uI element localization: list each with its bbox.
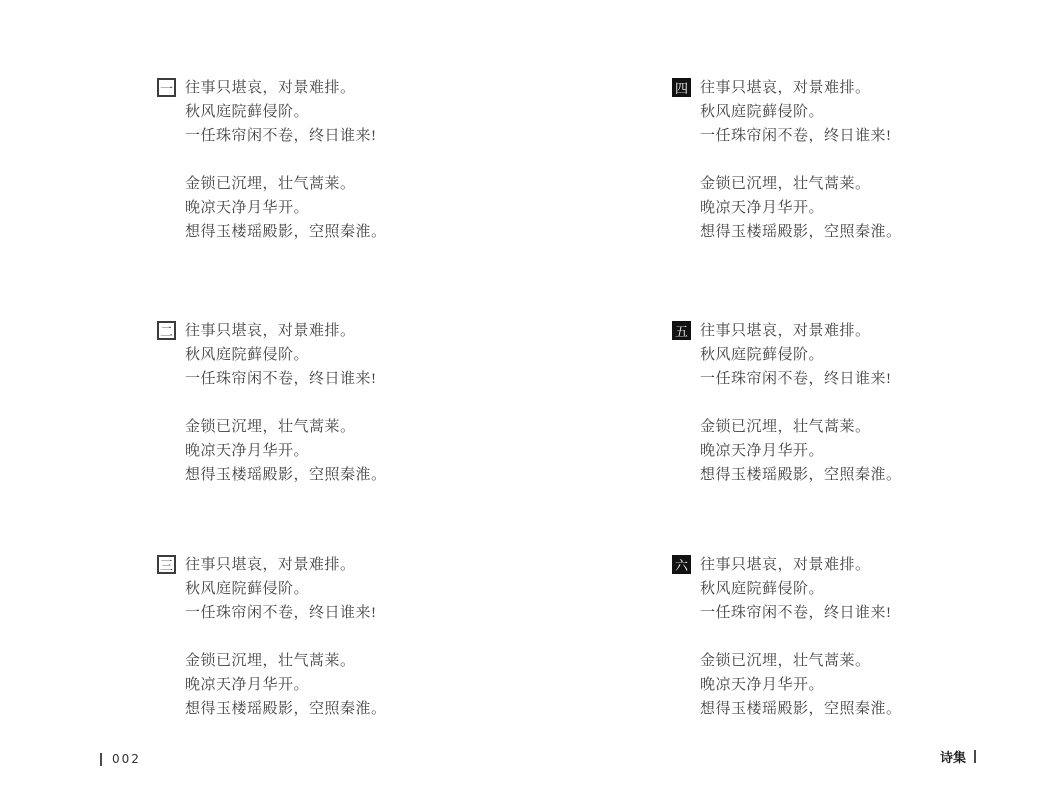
poem-line: 秋风庭院藓侵阶。 xyxy=(185,343,387,367)
book-page: 一 往事只堪哀，对景难排。 秋风庭院藓侵阶。 一任珠帘闲不卷，终日谁来! 金锁已… xyxy=(0,0,1058,793)
poem-block-2: 二 往事只堪哀，对景难排。 秋风庭院藓侵阶。 一任珠帘闲不卷，终日谁来! 金锁已… xyxy=(157,319,387,487)
poem-line: 金锁已沉埋，壮气蒿莱。 xyxy=(185,415,387,439)
poem-line: 一任珠帘闲不卷，终日谁来! xyxy=(185,601,387,625)
poem-line: 金锁已沉埋，壮气蒿莱。 xyxy=(185,649,387,673)
poem-line: 往事只堪哀，对景难排。 xyxy=(185,319,387,343)
stanza-gap xyxy=(700,391,902,415)
stanza-gap xyxy=(185,148,387,172)
poem-block-1: 一 往事只堪哀，对景难排。 秋风庭院藓侵阶。 一任珠帘闲不卷，终日谁来! 金锁已… xyxy=(157,76,387,244)
stanza-gap xyxy=(185,625,387,649)
stanza-gap xyxy=(185,391,387,415)
poem-line: 金锁已沉埋，壮气蒿莱。 xyxy=(185,172,387,196)
poem-line: 秋风庭院藓侵阶。 xyxy=(185,100,387,124)
poem-line: 往事只堪哀，对景难排。 xyxy=(700,319,902,343)
poem-line: 晚凉天净月华开。 xyxy=(185,196,387,220)
poem-line: 晚凉天净月华开。 xyxy=(700,439,902,463)
stanza-number-badge: 五 xyxy=(672,321,691,340)
poem-line: 秋风庭院藓侵阶。 xyxy=(700,100,902,124)
stanza-number-badge: 六 xyxy=(672,555,691,574)
poem-text: 往事只堪哀，对景难排。 秋风庭院藓侵阶。 一任珠帘闲不卷，终日谁来! 金锁已沉埋… xyxy=(185,76,387,244)
poem-line: 往事只堪哀，对景难排。 xyxy=(700,553,902,577)
poem-line: 一任珠帘闲不卷，终日谁来! xyxy=(185,124,387,148)
poem-line: 晚凉天净月华开。 xyxy=(700,196,902,220)
running-title: 诗集 xyxy=(940,747,966,766)
poem-text: 往事只堪哀，对景难排。 秋风庭院藓侵阶。 一任珠帘闲不卷，终日谁来! 金锁已沉埋… xyxy=(700,319,902,487)
poem-text: 往事只堪哀，对景难排。 秋风庭院藓侵阶。 一任珠帘闲不卷，终日谁来! 金锁已沉埋… xyxy=(700,76,902,244)
poem-line: 秋风庭院藓侵阶。 xyxy=(700,577,902,601)
poem-line: 往事只堪哀，对景难排。 xyxy=(185,76,387,100)
poem-line: 想得玉楼瑶殿影，空照秦淮。 xyxy=(700,220,902,244)
poem-line: 晚凉天净月华开。 xyxy=(185,439,387,463)
stanza-number-badge: 二 xyxy=(157,321,176,340)
poem-line: 晚凉天净月华开。 xyxy=(700,673,902,697)
poem-text: 往事只堪哀，对景难排。 秋风庭院藓侵阶。 一任珠帘闲不卷，终日谁来! 金锁已沉埋… xyxy=(185,319,387,487)
poem-line: 晚凉天净月华开。 xyxy=(185,673,387,697)
footer-divider-mark xyxy=(100,753,102,766)
stanza-gap xyxy=(700,625,902,649)
poem-line: 想得玉楼瑶殿影，空照秦淮。 xyxy=(185,220,387,244)
footer-left: 002 xyxy=(100,752,141,766)
poem-line: 一任珠帘闲不卷，终日谁来! xyxy=(700,367,902,391)
poem-text: 往事只堪哀，对景难排。 秋风庭院藓侵阶。 一任珠帘闲不卷，终日谁来! 金锁已沉埋… xyxy=(185,553,387,721)
poem-block-6: 六 往事只堪哀，对景难排。 秋风庭院藓侵阶。 一任珠帘闲不卷，终日谁来! 金锁已… xyxy=(672,553,902,721)
poem-line: 想得玉楼瑶殿影，空照秦淮。 xyxy=(700,463,902,487)
poem-block-4: 四 往事只堪哀，对景难排。 秋风庭院藓侵阶。 一任珠帘闲不卷，终日谁来! 金锁已… xyxy=(672,76,902,244)
poem-line: 秋风庭院藓侵阶。 xyxy=(185,577,387,601)
footer-right: 诗集 xyxy=(940,747,976,766)
poem-text: 往事只堪哀，对景难排。 秋风庭院藓侵阶。 一任珠帘闲不卷，终日谁来! 金锁已沉埋… xyxy=(700,553,902,721)
poem-line: 想得玉楼瑶殿影，空照秦淮。 xyxy=(185,463,387,487)
stanza-number-badge: 三 xyxy=(157,555,176,574)
poem-line: 想得玉楼瑶殿影，空照秦淮。 xyxy=(185,697,387,721)
poem-line: 一任珠帘闲不卷，终日谁来! xyxy=(700,601,902,625)
poem-line: 往事只堪哀，对景难排。 xyxy=(185,553,387,577)
poem-line: 一任珠帘闲不卷，终日谁来! xyxy=(700,124,902,148)
footer-divider-mark xyxy=(974,750,976,763)
poem-block-5: 五 往事只堪哀，对景难排。 秋风庭院藓侵阶。 一任珠帘闲不卷，终日谁来! 金锁已… xyxy=(672,319,902,487)
poem-line: 一任珠帘闲不卷，终日谁来! xyxy=(185,367,387,391)
stanza-number-badge: 一 xyxy=(157,78,176,97)
poem-line: 金锁已沉埋，壮气蒿莱。 xyxy=(700,649,902,673)
stanza-number-badge: 四 xyxy=(672,78,691,97)
poem-block-3: 三 往事只堪哀，对景难排。 秋风庭院藓侵阶。 一任珠帘闲不卷，终日谁来! 金锁已… xyxy=(157,553,387,721)
poem-line: 想得玉楼瑶殿影，空照秦淮。 xyxy=(700,697,902,721)
poem-line: 金锁已沉埋，壮气蒿莱。 xyxy=(700,415,902,439)
poem-line: 往事只堪哀，对景难排。 xyxy=(700,76,902,100)
stanza-gap xyxy=(700,148,902,172)
poem-line: 秋风庭院藓侵阶。 xyxy=(700,343,902,367)
page-number: 002 xyxy=(112,752,141,766)
poem-line: 金锁已沉埋，壮气蒿莱。 xyxy=(700,172,902,196)
